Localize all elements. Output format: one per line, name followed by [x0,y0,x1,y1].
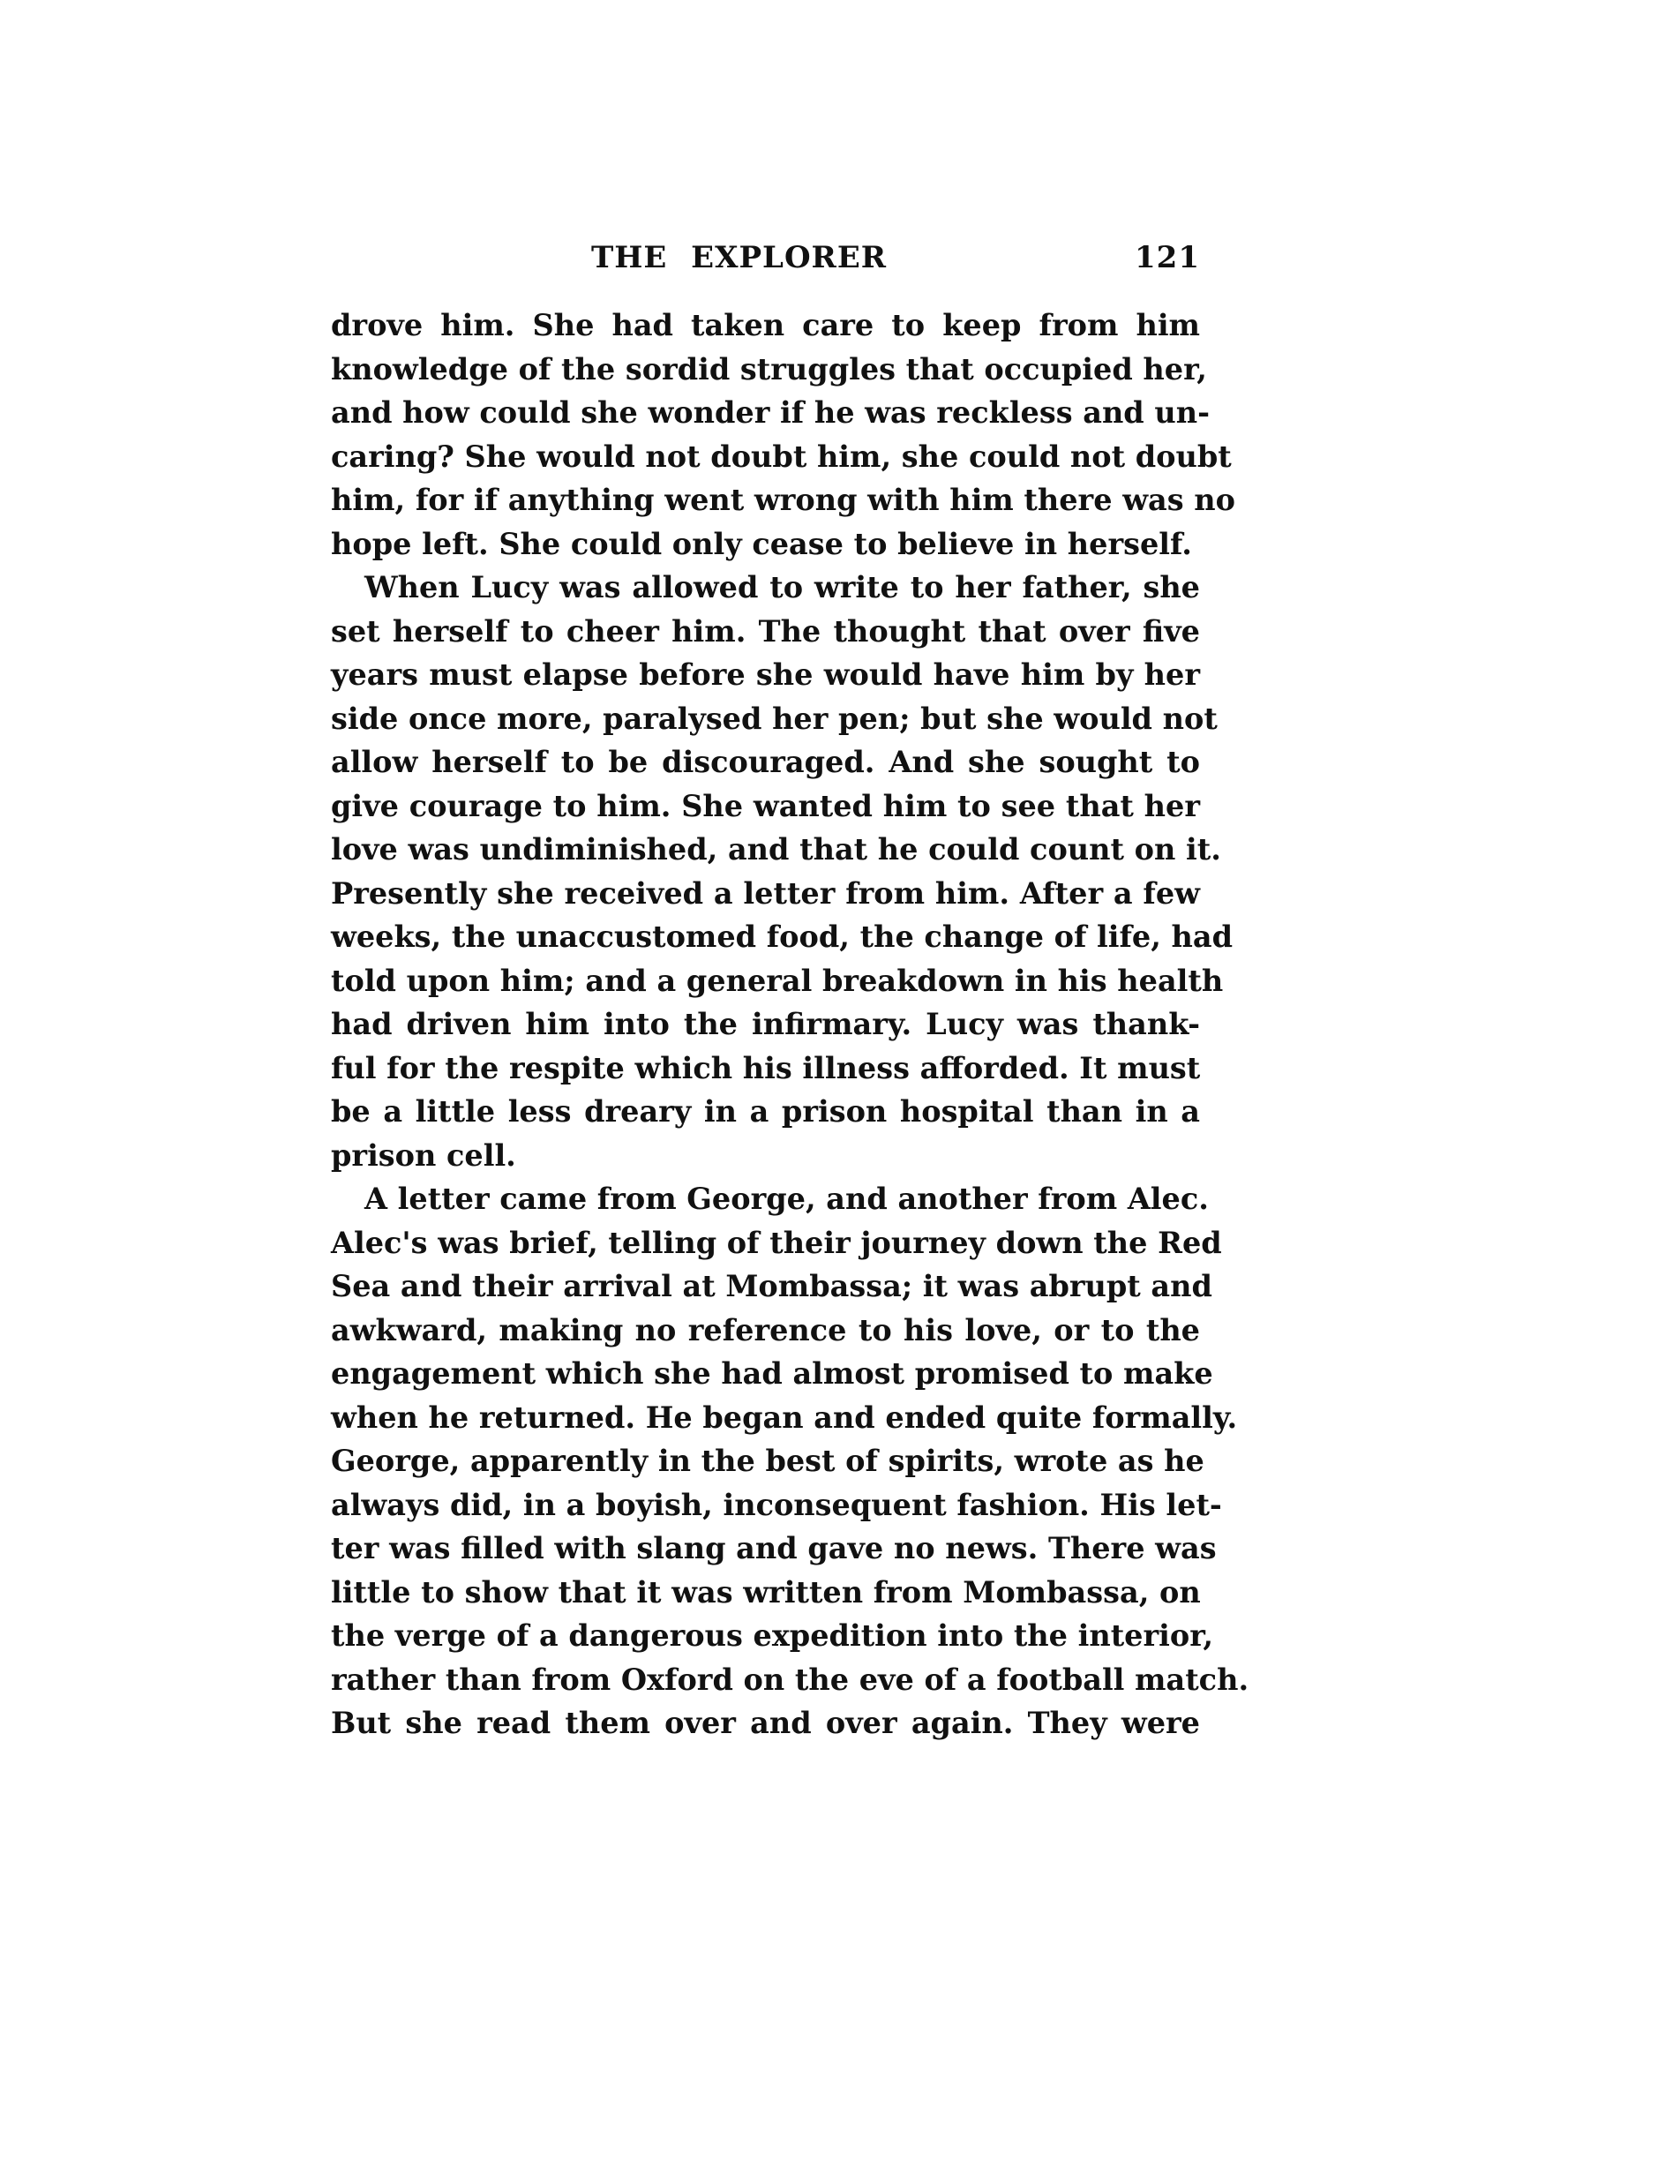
paragraph-2: When Lucy was allowed to write to her fa… [331,566,1200,1177]
text-line: had driven him into the infirmary. Lucy … [331,1002,1200,1047]
text-line: Alec's was brief, telling of their journ… [331,1221,1200,1265]
text-line: set herself to cheer him. The thought th… [331,610,1200,654]
text-line: weeks, the unaccustomed food, the change… [331,915,1200,959]
text-line: George, apparently in the best of spirit… [331,1439,1200,1483]
text-line: When Lucy was allowed to write to her fa… [331,566,1200,610]
text-line: knowledge of the sordid struggles that o… [331,348,1200,392]
text-line: and how could she wonder if he was reckl… [331,391,1200,435]
paragraph-3: A letter came from George, and another f… [331,1177,1200,1745]
text-line: awkward, making no reference to his love… [331,1309,1200,1353]
running-head-title: THE EXPLORER [591,240,887,275]
text-line: caring? She would not doubt him, she cou… [331,435,1200,479]
text-line: A letter came from George, and another f… [331,1177,1200,1221]
text-line: prison cell. [331,1134,1200,1178]
text-line: allow herself to be discouraged. And she… [331,740,1200,784]
text-line: told upon him; and a general breakdown i… [331,959,1200,1003]
text-line: ful for the respite which his illness af… [331,1047,1200,1091]
text-line: him, for if anything went wrong with him… [331,478,1200,522]
text-line: drove him. She had taken care to keep fr… [331,304,1200,348]
text-line: rather than from Oxford on the eve of a … [331,1658,1200,1702]
text-line: the verge of a dangerous expedition into… [331,1614,1200,1658]
text-line: hope left. She could only cease to belie… [331,522,1200,567]
text-line: Presently she received a letter from him… [331,872,1200,916]
text-line: But she read them over and over again. T… [331,1701,1200,1745]
text-line: engagement which she had almost promised… [331,1352,1200,1396]
text-line: when he returned. He began and ended qui… [331,1396,1200,1440]
text-line: love was undiminished, and that he could… [331,828,1200,872]
text-line: little to show that it was written from … [331,1571,1200,1615]
paragraph-1: drove him. She had taken care to keep fr… [331,304,1200,566]
text-line: always did, in a boyish, inconsequent fa… [331,1483,1200,1527]
text-line: ter was filled with slang and gave no ne… [331,1527,1200,1571]
running-head: THE EXPLORER 121 [331,231,1200,284]
book-page: THE EXPLORER 121 drove him. She had take… [331,231,1200,1745]
page-number: 121 [1135,240,1200,275]
text-line: give courage to him. She wanted him to s… [331,784,1200,829]
text-line: side once more, paralysed her pen; but s… [331,697,1200,741]
body-text: drove him. She had taken care to keep fr… [331,304,1200,1745]
text-line: be a little less dreary in a prison hosp… [331,1090,1200,1134]
text-line: Sea and their arrival at Mombassa; it wa… [331,1265,1200,1309]
text-line: years must elapse before she would have … [331,653,1200,697]
